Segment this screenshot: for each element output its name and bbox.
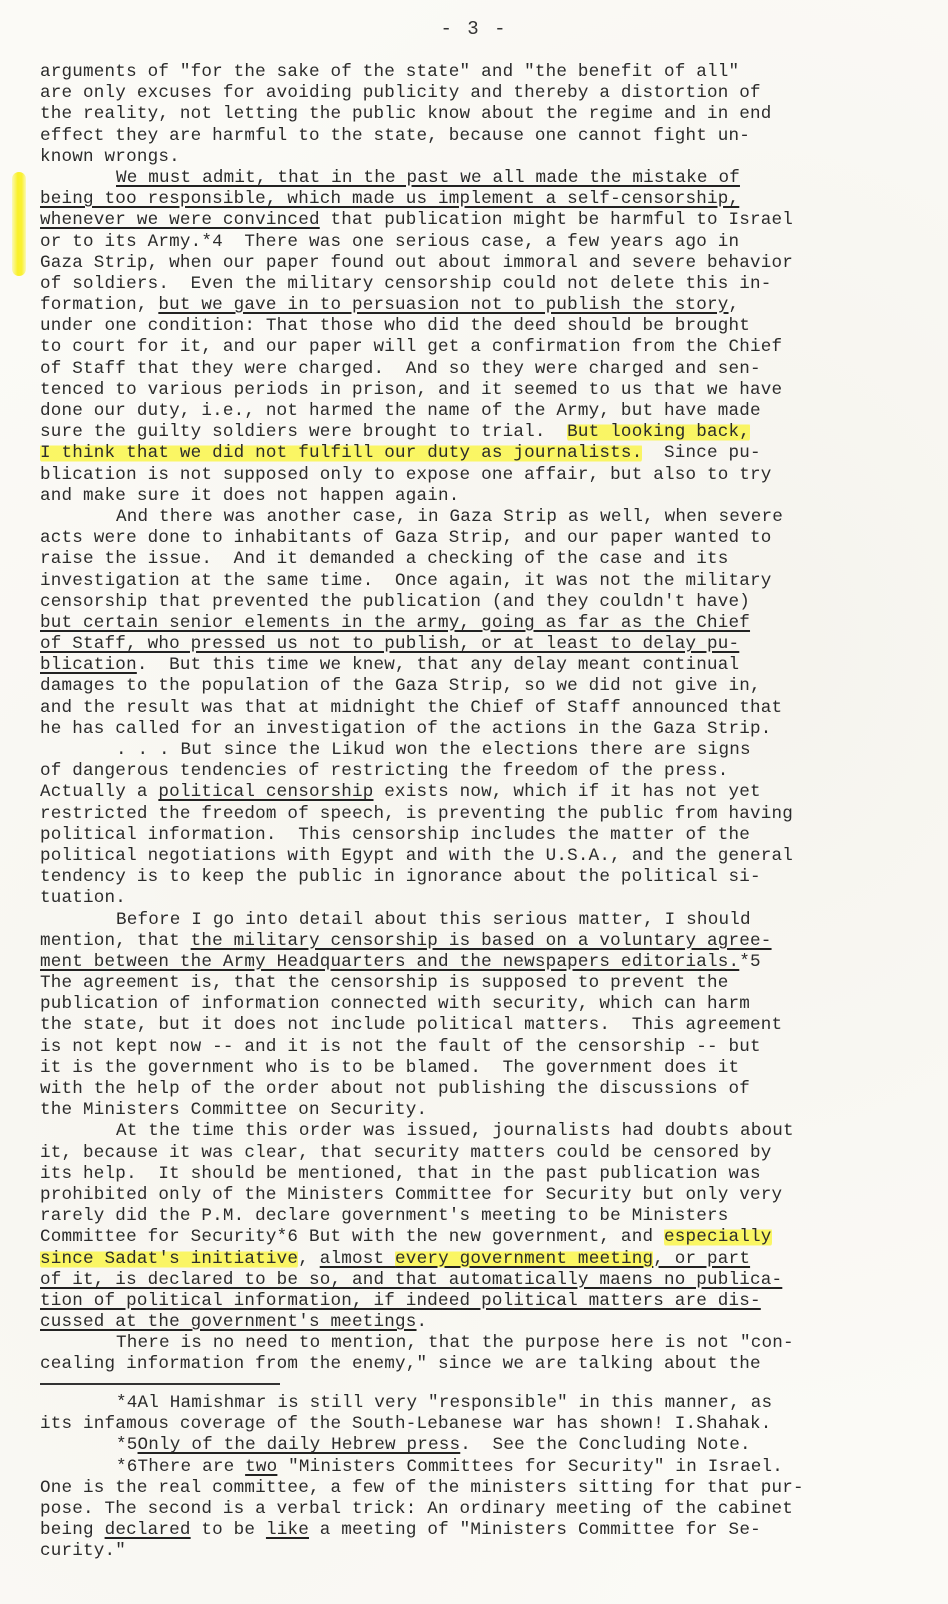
- footnote-line: *4Al Hamishmar is still very "responsibl…: [40, 1393, 930, 1414]
- text-segment: blication is not supposed only to expose…: [40, 465, 772, 485]
- text-segment: mention, that: [40, 931, 191, 951]
- footnote-line: being declared to be like a meeting of "…: [40, 1520, 930, 1541]
- text-line: cussed at the government's meetings.: [40, 1312, 930, 1333]
- text-segment: the state, but it does not include polit…: [40, 1015, 782, 1035]
- text-line: and make sure it does not happen again.: [40, 486, 930, 507]
- text-line: prohibited only of the Ministers Committ…: [40, 1185, 930, 1206]
- text-segment: sure the guilty soldiers were brought to…: [40, 422, 567, 442]
- text-segment: *5: [739, 952, 761, 972]
- margin-highlight-mark: [12, 172, 26, 276]
- text-line: tuation.: [40, 888, 930, 909]
- text-segment: cealing information from the enemy," sin…: [40, 1354, 761, 1374]
- text-line: the reality, not letting the public know…: [40, 104, 930, 125]
- text-line: Actually a political censorship exists n…: [40, 782, 930, 803]
- text-segment: The agreement is, that the censorship is…: [40, 973, 729, 993]
- underlined-text: of it, is declared to be so, and that au…: [40, 1270, 782, 1290]
- text-line: he has called for an investigation of th…: [40, 719, 930, 740]
- text-segment: acts were done to inhabitants of Gaza St…: [40, 528, 772, 548]
- text-line: Committee for Security*6 But with the ne…: [40, 1227, 930, 1248]
- underlined-text: tion of political information, if indeed…: [40, 1291, 761, 1311]
- text-segment: restricted the freedom of speech, is pre…: [40, 804, 793, 824]
- text-segment: tuation.: [40, 888, 126, 908]
- text-segment: publication of information connected wit…: [40, 994, 750, 1014]
- text-segment: with the help of the order about not pub…: [40, 1079, 750, 1099]
- text-segment: curity.": [40, 1541, 126, 1561]
- text-segment: it, because it was clear, that security …: [40, 1143, 772, 1163]
- footnote-line: *5Only of the daily Hebrew press. See th…: [40, 1435, 930, 1456]
- text-segment: "Ministers Committees for Security" in I…: [277, 1457, 783, 1477]
- text-segment: being: [40, 1520, 105, 1540]
- text-segment: ,: [729, 295, 740, 315]
- text-line: of dangerous tendencies of restricting t…: [40, 761, 930, 782]
- text-segment: or to its Army.*4 There was one serious …: [40, 232, 739, 252]
- text-segment: that publication might be harmful to Isr…: [320, 210, 793, 230]
- text-line: its help. It should be mentioned, that i…: [40, 1164, 930, 1185]
- text-segment: One is the real committee, a few of the …: [40, 1478, 804, 1498]
- highlighted-text: every government meeting: [395, 1249, 653, 1269]
- text-line: We must admit, that in the past we all m…: [40, 168, 930, 189]
- text-segment: raise the issue. And it demanded a check…: [40, 549, 729, 569]
- text-segment: known wrongs.: [40, 147, 180, 167]
- text-line: the Ministers Committee on Security.: [40, 1100, 930, 1121]
- text-segment: the reality, not letting the public know…: [40, 104, 772, 124]
- text-segment: to court for it, and our paper will get …: [40, 337, 782, 357]
- text-segment: done our duty, i.e., not harmed the name…: [40, 401, 761, 421]
- text-line: whenever we were convinced that publicat…: [40, 210, 930, 231]
- text-segment: arguments of "for the sake of the state"…: [40, 62, 739, 82]
- text-line: of it, is declared to be so, and that au…: [40, 1270, 930, 1291]
- text-line: investigation at the same time. Once aga…: [40, 571, 930, 592]
- text-line: being too responsible, which made us imp…: [40, 189, 930, 210]
- text-line: blication is not supposed only to expose…: [40, 465, 930, 486]
- text-line: effect they are harmful to the state, be…: [40, 126, 930, 147]
- underlined-text: almost: [320, 1249, 395, 1269]
- text-segment: it is the government who is to be blamed…: [40, 1058, 739, 1078]
- document-page: - 3 - arguments of "for the sake of the …: [0, 0, 948, 1604]
- text-segment: of Staff that they were charged. And so …: [40, 359, 761, 379]
- text-line: publication of information connected wit…: [40, 994, 930, 1015]
- text-line: or to its Army.*4 There was one serious …: [40, 232, 930, 253]
- text-segment: of dangerous tendencies of restricting t…: [40, 761, 729, 781]
- text-line: of Staff that they were charged. And so …: [40, 359, 930, 380]
- text-segment: is not kept now -- and it is not the fau…: [40, 1037, 761, 1057]
- text-segment: to be: [191, 1520, 266, 1540]
- text-segment: tendency is to keep the public in ignora…: [40, 867, 761, 887]
- text-line: I think that we did not fulfill our duty…: [40, 443, 930, 464]
- text-line: it, because it was clear, that security …: [40, 1143, 930, 1164]
- text-line: censorship that prevented the publicatio…: [40, 592, 930, 613]
- text-segment: its infamous coverage of the South-Leban…: [40, 1414, 772, 1434]
- text-segment: prohibited only of the Ministers Committ…: [40, 1185, 782, 1205]
- footnote-divider: [40, 1383, 280, 1385]
- text-line: Gaza Strip, when our paper found out abo…: [40, 253, 930, 274]
- underlined-text: two: [245, 1457, 277, 1477]
- underlined-text: the military censorship is based on a vo…: [191, 931, 772, 951]
- text-line: political information. This censorship i…: [40, 825, 930, 846]
- text-segment: the Ministers Committee on Security.: [40, 1100, 427, 1120]
- text-line: are only excuses for avoiding publicity …: [40, 83, 930, 104]
- text-line: the state, but it does not include polit…: [40, 1015, 930, 1036]
- text-line: it is the government who is to be blamed…: [40, 1058, 930, 1079]
- text-line: is not kept now -- and it is not the fau…: [40, 1037, 930, 1058]
- text-segment: .: [417, 1312, 428, 1332]
- text-line: There is no need to mention, that the pu…: [40, 1333, 930, 1354]
- text-segment: its help. It should be mentioned, that i…: [40, 1164, 761, 1184]
- text-segment: of soldiers. Even the military censorshi…: [40, 274, 772, 294]
- underlined-text: but certain senior elements in the army,…: [40, 613, 750, 633]
- underlined-text: Only of the daily Hebrew press: [138, 1435, 461, 1455]
- text-line: raise the issue. And it demanded a check…: [40, 549, 930, 570]
- text-segment: under one condition: That those who did …: [40, 316, 750, 336]
- text-line: of Staff, who pressed us not to publish,…: [40, 634, 930, 655]
- text-segment: There is no need to mention, that the pu…: [116, 1333, 794, 1353]
- text-line: mention, that the military censorship is…: [40, 931, 930, 952]
- footnote-line: One is the real committee, a few of the …: [40, 1478, 930, 1499]
- footnote-line: curity.": [40, 1541, 930, 1562]
- underlined-text: of Staff, who pressed us not to publish,…: [40, 634, 739, 654]
- text-segment: . . . But since the Likud won the electi…: [116, 740, 751, 760]
- underlined-text: blication: [40, 655, 137, 675]
- text-line: Before I go into detail about this serio…: [40, 910, 930, 931]
- text-segment: formation,: [40, 295, 158, 315]
- text-line: with the help of the order about not pub…: [40, 1079, 930, 1100]
- text-segment: effect they are harmful to the state, be…: [40, 126, 750, 146]
- text-line: The agreement is, that the censorship is…: [40, 973, 930, 994]
- text-line: tenced to various periods in prison, and…: [40, 380, 930, 401]
- underlined-text: cussed at the government's meetings: [40, 1312, 417, 1332]
- text-segment: political negotiations with Egypt and wi…: [40, 846, 793, 866]
- highlighted-text: I think that we did not fulfill our duty…: [40, 443, 642, 463]
- text-segment: And there was another case, in Gaza Stri…: [116, 507, 783, 527]
- text-line: under one condition: That those who did …: [40, 316, 930, 337]
- text-line: and the result was that at midnight the …: [40, 698, 930, 719]
- text-segment: exists now, which if it has not yet: [374, 782, 761, 802]
- text-line: restricted the freedom of speech, is pre…: [40, 804, 930, 825]
- underlined-text: , or part: [653, 1249, 750, 1269]
- text-line: known wrongs.: [40, 147, 930, 168]
- text-line: damages to the population of the Gaza St…: [40, 676, 930, 697]
- text-segment: Gaza Strip, when our paper found out abo…: [40, 253, 793, 273]
- text-line: . . . But since the Likud won the electi…: [40, 740, 930, 761]
- text-segment: rarely did the P.M. declare government's…: [40, 1206, 729, 1226]
- text-line: formation, but we gave in to persuasion …: [40, 295, 930, 316]
- footnote-line: pose. The second is a verbal trick: An o…: [40, 1499, 930, 1520]
- underlined-text: being too responsible, which made us imp…: [40, 189, 739, 209]
- text-line: At the time this order was issued, journ…: [40, 1121, 930, 1142]
- text-line: arguments of "for the sake of the state"…: [40, 62, 930, 83]
- highlighted-text: especially: [664, 1227, 772, 1247]
- text-segment: and make sure it does not happen again.: [40, 486, 460, 506]
- text-segment: he has called for an investigation of th…: [40, 719, 772, 739]
- underlined-text: declared: [105, 1520, 191, 1540]
- text-line: since Sadat's initiative, almost every g…: [40, 1249, 930, 1270]
- text-segment: censorship that prevented the publicatio…: [40, 592, 750, 612]
- underlined-text: We must admit, that in the past we all m…: [116, 168, 740, 188]
- text-line: to court for it, and our paper will get …: [40, 337, 930, 358]
- text-line: ment between the Army Headquarters and t…: [40, 952, 930, 973]
- text-line: done our duty, i.e., not harmed the name…: [40, 401, 930, 422]
- text-line: acts were done to inhabitants of Gaza St…: [40, 528, 930, 549]
- underlined-text: whenever we were convinced: [40, 210, 320, 230]
- text-line: And there was another case, in Gaza Stri…: [40, 507, 930, 528]
- highlighted-text: But looking back,: [567, 422, 750, 442]
- underlined-text: ment between the Army Headquarters and t…: [40, 952, 739, 972]
- text-line: sure the guilty soldiers were brought to…: [40, 422, 930, 443]
- text-segment: and the result was that at midnight the …: [40, 698, 782, 718]
- text-segment: political information. This censorship i…: [40, 825, 750, 845]
- text-line: tion of political information, if indeed…: [40, 1291, 930, 1312]
- text-line: of soldiers. Even the military censorshi…: [40, 274, 930, 295]
- text-line: cealing information from the enemy," sin…: [40, 1354, 930, 1375]
- page-number: - 3 -: [0, 18, 948, 40]
- text-segment: investigation at the same time. Once aga…: [40, 571, 772, 591]
- text-line: political negotiations with Egypt and wi…: [40, 846, 930, 867]
- text-segment: At the time this order was issued, journ…: [116, 1121, 794, 1141]
- text-segment: *4Al Hamishmar is still very "responsibl…: [116, 1393, 772, 1413]
- text-segment: damages to the population of the Gaza St…: [40, 676, 761, 696]
- text-line: tendency is to keep the public in ignora…: [40, 867, 930, 888]
- footnote-line: *6There are two "Ministers Committees fo…: [40, 1457, 930, 1478]
- text-line: rarely did the P.M. declare government's…: [40, 1206, 930, 1227]
- body-text: arguments of "for the sake of the state"…: [40, 62, 930, 1376]
- text-segment: ,: [298, 1249, 320, 1269]
- text-segment: Committee for Security*6 But with the ne…: [40, 1227, 664, 1247]
- text-segment: tenced to various periods in prison, and…: [40, 380, 782, 400]
- text-segment: a meeting of "Ministers Committee for Se…: [309, 1520, 761, 1540]
- footnotes: *4Al Hamishmar is still very "responsibl…: [40, 1393, 930, 1563]
- text-segment: . But this time we knew, that any delay …: [137, 655, 739, 675]
- text-line: blication. But this time we knew, that a…: [40, 655, 930, 676]
- footnote-line: its infamous coverage of the South-Leban…: [40, 1414, 930, 1435]
- text-segment: *6There are: [116, 1457, 245, 1477]
- text-segment: . See the Concluding Note.: [460, 1435, 750, 1455]
- text-line: but certain senior elements in the army,…: [40, 613, 930, 634]
- underlined-text: but we gave in to persuasion not to publ…: [158, 295, 728, 315]
- text-segment: *5: [116, 1435, 138, 1455]
- text-segment: Since pu-: [642, 443, 760, 463]
- underlined-text: political censorship: [158, 782, 373, 802]
- underlined-text: like: [266, 1520, 309, 1540]
- text-segment: Actually a: [40, 782, 158, 802]
- text-segment: are only excuses for avoiding publicity …: [40, 83, 761, 103]
- highlighted-text: since Sadat's initiative: [40, 1249, 298, 1269]
- text-segment: pose. The second is a verbal trick: An o…: [40, 1499, 793, 1519]
- text-segment: Before I go into detail about this serio…: [116, 910, 751, 930]
